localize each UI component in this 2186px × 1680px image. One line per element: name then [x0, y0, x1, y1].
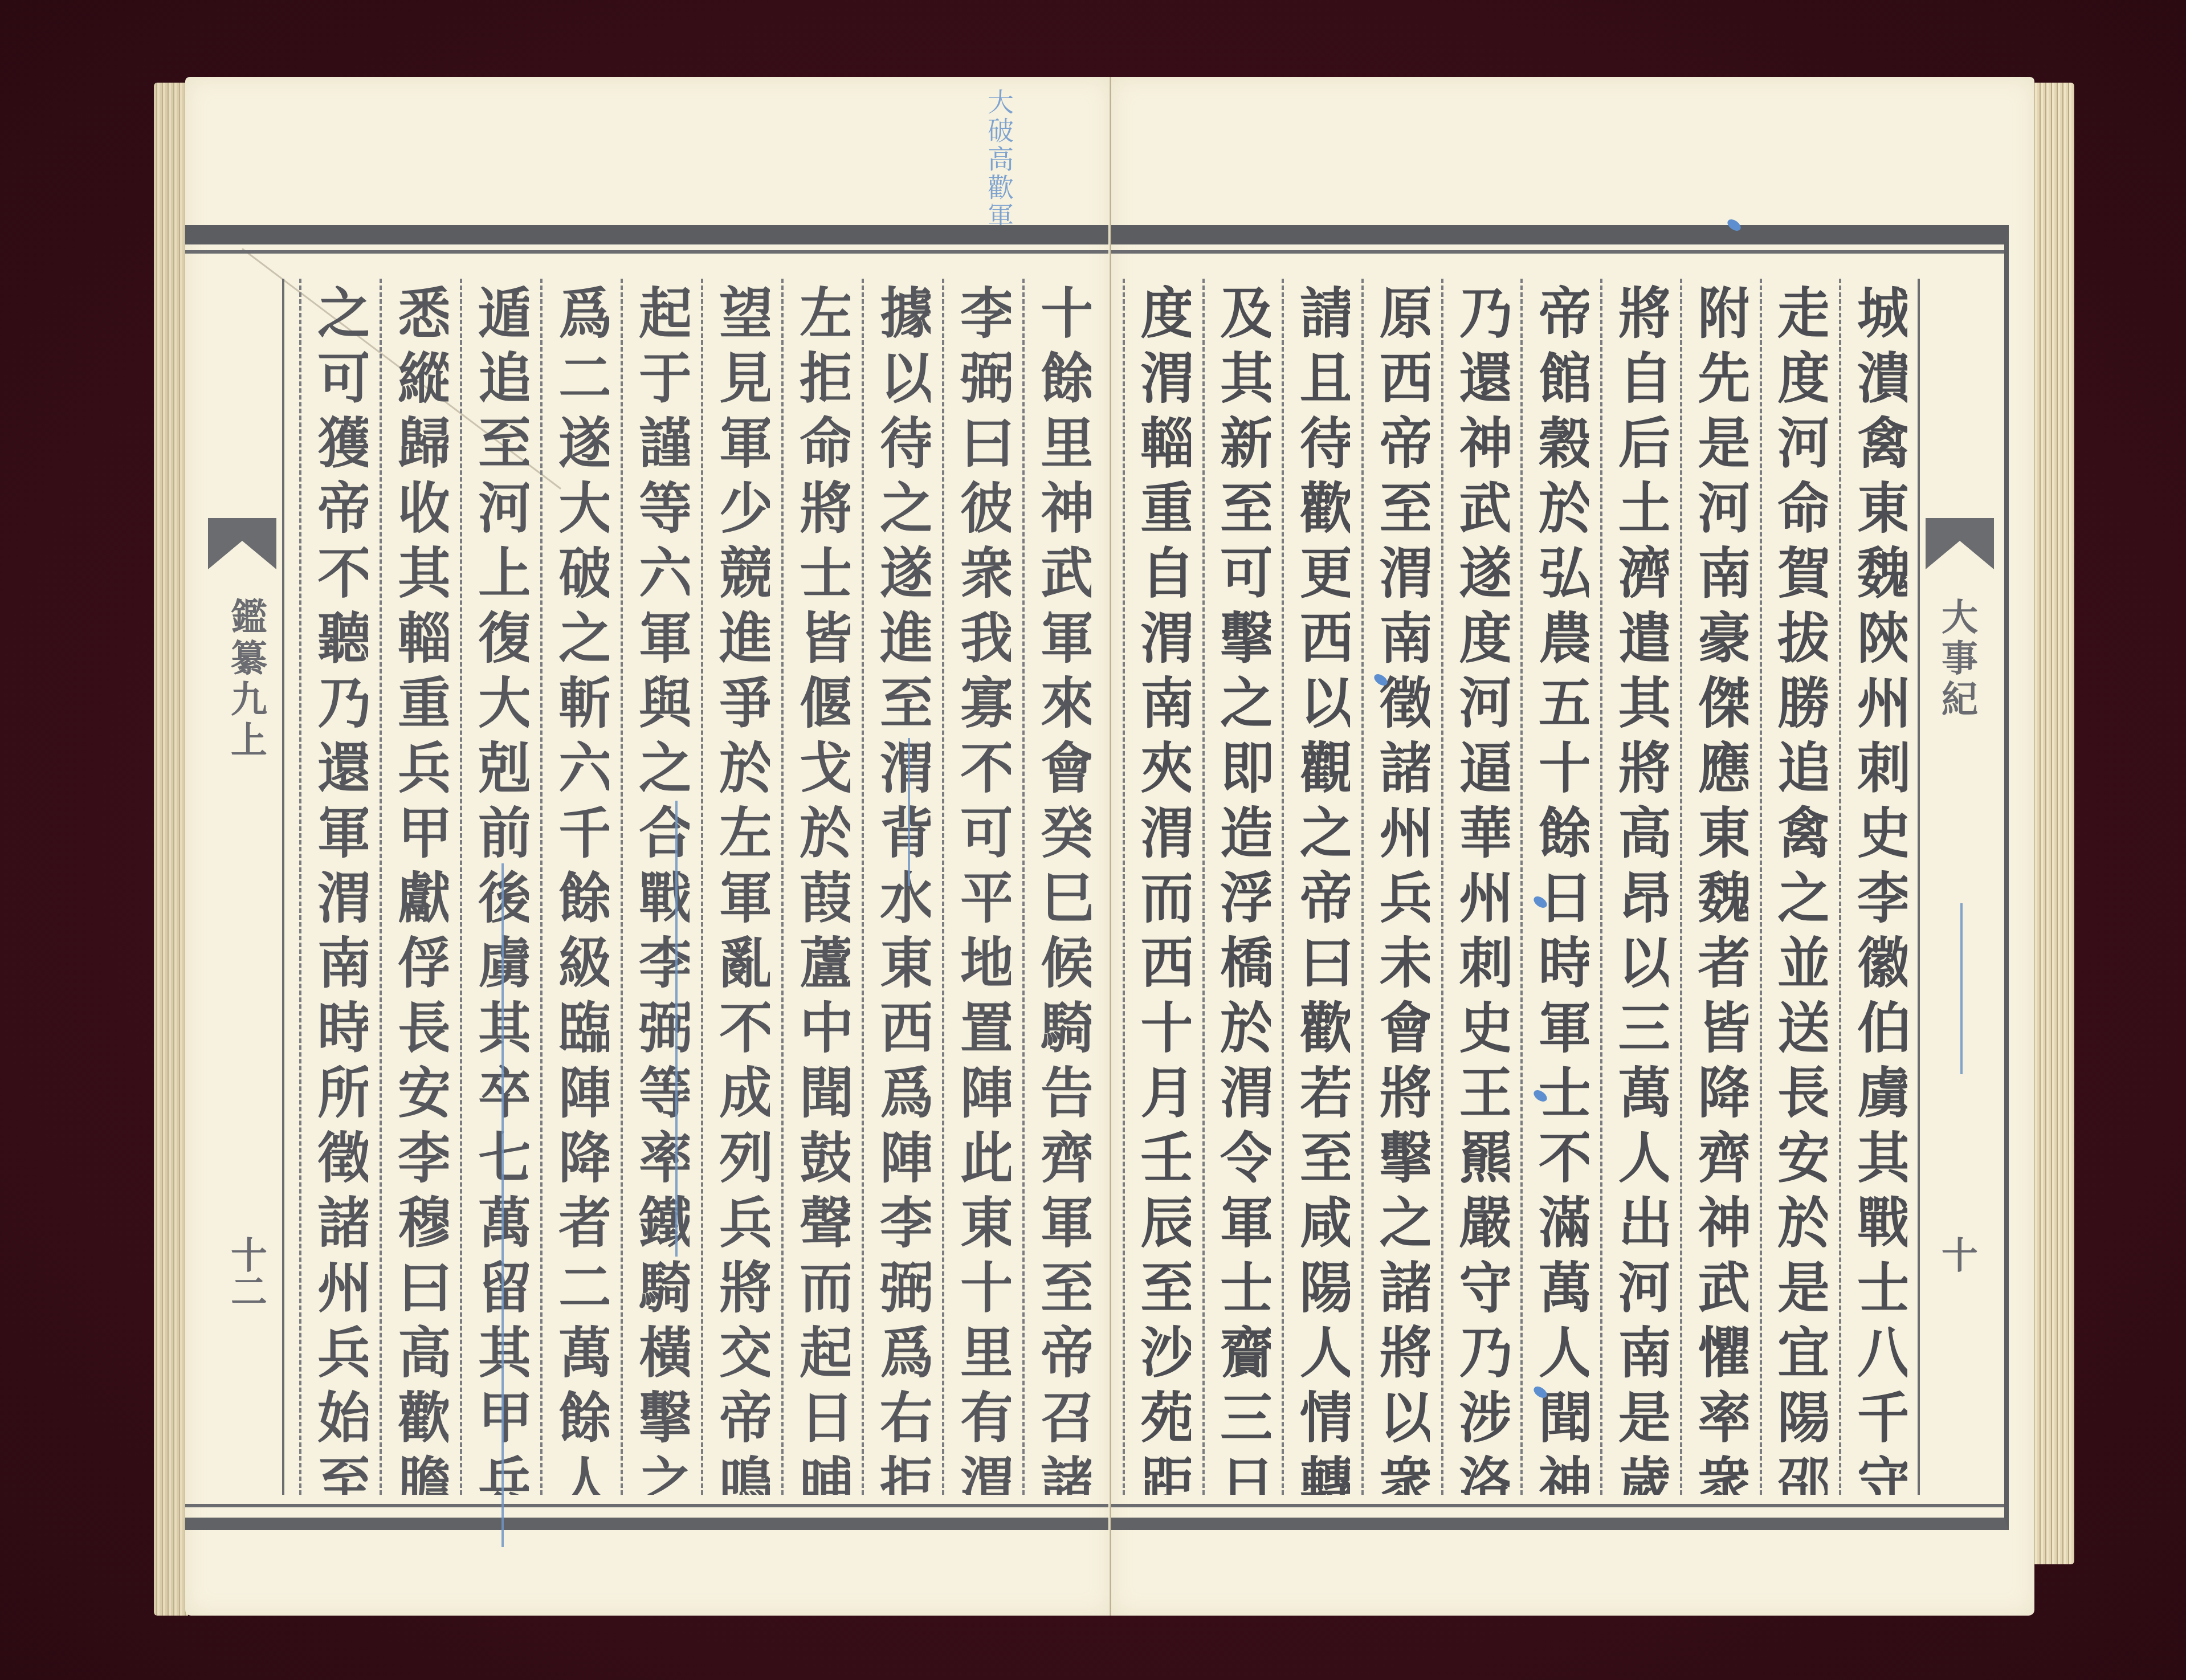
fishtail-mark-icon [1926, 518, 1994, 569]
text-column: 走度河命賀拔勝追禽之並送長安於是宜陽邵郡皆歸 [1760, 279, 1840, 1495]
left-text-columns: 十餘里神武軍來會癸巳候騎告齊軍至帝召諸將謀 李弼曰彼衆我寡不可平地置陣此東十里有… [299, 279, 1103, 1495]
open-book: 大破高歡軍 鑑纂九上 十二 十餘里神武軍來會癸巳候騎告齊軍至帝召諸將謀 李弼曰彼… [154, 77, 2074, 1616]
left-page-number: 十二 [219, 1236, 272, 1309]
text-column: 起于謹等六軍與之合戰李弼等率鐵騎橫擊之絕其軍 [621, 279, 701, 1495]
text-column: 城潰禽東魏陝州刺史李徽伯虜其戰士八千守將高干 [1839, 279, 1919, 1495]
blue-margin-annotation: 大破高歡軍 [980, 88, 1018, 231]
text-column: 請且待歡更西以觀之帝曰歡若至咸陽人情轉騷擾今 [1282, 279, 1361, 1495]
blue-underline-mark [501, 863, 504, 1547]
text-column: 悉縱歸收其輜重兵甲獻俘長安李穆曰高歡膽破矣逐 [380, 279, 460, 1495]
column-text: 悉縱歸收其輜重兵甲獻俘長安李穆曰高歡膽破矣逐 [394, 284, 448, 1495]
right-banxin-title: 大事紀 [1930, 598, 1983, 721]
text-column: 原西帝至渭南徵諸州兵未會將擊之諸將以衆寡不敵 [1361, 279, 1441, 1495]
text-column: 據以待之遂進至渭背水東西爲陣李弼爲右拒趙貴爲 [862, 279, 942, 1495]
column-text: 之可獲帝不聽乃還軍渭南時所徵諸州兵始至乃於戰 [313, 284, 368, 1495]
right-page-number: 十 [1930, 1236, 1983, 1273]
column-text: 左拒命將士皆偃戈於葭蘆中聞鼓聲而起日晡齊師至 [796, 284, 850, 1495]
column-text: 爲二遂大破之斬六千餘級臨陣降者二萬餘人神武夜 [554, 284, 609, 1495]
page-edges-right [2032, 83, 2074, 1564]
text-column: 十餘里神武軍來會癸巳候騎告齊軍至帝召諸將謀 [1022, 279, 1103, 1495]
column-text: 帝館穀於弘農五十餘日時軍士不滿萬人聞神武將度 [1534, 284, 1589, 1495]
left-page: 大破高歡軍 鑑纂九上 十二 十餘里神武軍來會癸巳候騎告齊軍至帝召諸將謀 李弼曰彼… [185, 77, 1111, 1616]
column-text: 城潰禽東魏陝州刺史李徽伯虜其戰士八千守將高干 [1853, 284, 1907, 1495]
blue-underline-mark [1960, 903, 1963, 1074]
column-text: 請且待歡更西以觀之帝曰歡若至咸陽人情轉騷擾今 [1295, 284, 1350, 1495]
page-edges-left [154, 83, 188, 1616]
column-text: 走度河命賀拔勝追禽之並送長安於是宜陽邵郡皆歸 [1773, 284, 1828, 1495]
blue-underline-mark [908, 738, 910, 886]
column-text: 十餘里神武軍來會癸巳候騎告齊軍至帝召諸將謀 [1037, 284, 1091, 1495]
text-column: 爲二遂大破之斬六千餘級臨陣降者二萬餘人神武夜 [540, 279, 621, 1495]
column-text: 及其新至可擊之即造浮橋於渭令軍士齎三日糧輕騎 [1216, 284, 1271, 1495]
column-text: 原西帝至渭南徵諸州兵未會將擊之諸將以衆寡不敵 [1375, 284, 1430, 1495]
column-text: 附先是河南豪傑應東魏者皆降齊神武懼率衆十萬趣蒲坂 [1694, 284, 1748, 1495]
text-column: 李弼曰彼衆我寡不可平地置陣此東十里有渭曲可先 [942, 279, 1022, 1495]
blue-underline-mark [675, 801, 678, 1257]
text-column: 之可獲帝不聽乃還軍渭南時所徵諸州兵始至乃於戰 [299, 279, 380, 1495]
column-text: 將自后土濟遣其將高昂以三萬人出河南是歲關中饑 [1614, 284, 1669, 1495]
column-text: 李弼曰彼衆我寡不可平地置陣此東十里有渭曲可先 [956, 284, 1011, 1495]
text-column: 遁追至河上復大剋前後虜其卒七萬留其甲兵二萬餘 [460, 279, 540, 1495]
column-text: 望見軍少競進爭於左軍亂不成列兵將交帝鳴鼓士皆奮 [715, 284, 770, 1495]
text-column: 度渭輜重自渭南夾渭而西十月壬辰至沙苑距齊軍六 [1123, 279, 1202, 1495]
right-page: 大事紀 十 城潰禽東魏陝州刺史李徽伯虜其戰士八千守將高干 走度河命賀拔勝追禽之並… [1111, 77, 2034, 1616]
right-banxin-strip: 大事紀 十 [1918, 279, 2000, 1495]
left-banxin-title: 鑑纂九上 [219, 598, 272, 762]
text-column: 乃還神武遂度河逼華州刺史王羆嚴守乃涉洛軍於許 [1441, 279, 1521, 1495]
left-page-frame: 鑑纂九上 十二 十餘里神武軍來會癸巳候騎告齊軍至帝召諸將謀 李弼曰彼衆我寡不可平… [185, 225, 1108, 1530]
fishtail-mark-icon [208, 518, 276, 569]
text-column: 望見軍少競進爭於左軍亂不成列兵將交帝鳴鼓士皆奮 [701, 279, 781, 1495]
text-column: 將自后土濟遣其將高昂以三萬人出河南是歲關中饑 [1600, 279, 1680, 1495]
column-text: 度渭輜重自渭南夾渭而西十月壬辰至沙苑距齊軍六 [1136, 284, 1191, 1495]
column-text: 乃還神武遂度河逼華州刺史王羆嚴守乃涉洛軍於許 [1455, 284, 1510, 1495]
text-column: 左拒命將士皆偃戈於葭蘆中聞鼓聲而起日晡齊師至 [781, 279, 862, 1495]
text-column: 及其新至可擊之即造浮橋於渭令軍士齎三日糧輕騎 [1202, 279, 1282, 1495]
column-text: 起于謹等六軍與之合戰李弼等率鐵騎橫擊之絕其軍 [635, 284, 690, 1495]
left-banxin-strip: 鑑纂九上 十二 [202, 279, 284, 1495]
text-column: 帝館穀於弘農五十餘日時軍士不滿萬人聞神武將度 [1520, 279, 1600, 1495]
right-page-frame: 大事紀 十 城潰禽東魏陝州刺史李徽伯虜其戰士八千守將高干 走度河命賀拔勝追禽之並… [1111, 225, 2009, 1530]
right-text-columns: 城潰禽東魏陝州刺史李徽伯虜其戰士八千守將高干 走度河命賀拔勝追禽之並送長安於是宜… [1123, 279, 1919, 1495]
column-text: 據以待之遂進至渭背水東西爲陣李弼爲右拒趙貴爲 [876, 284, 931, 1495]
text-column: 附先是河南豪傑應東魏者皆降齊神武懼率衆十萬趣蒲坂 [1680, 279, 1760, 1495]
